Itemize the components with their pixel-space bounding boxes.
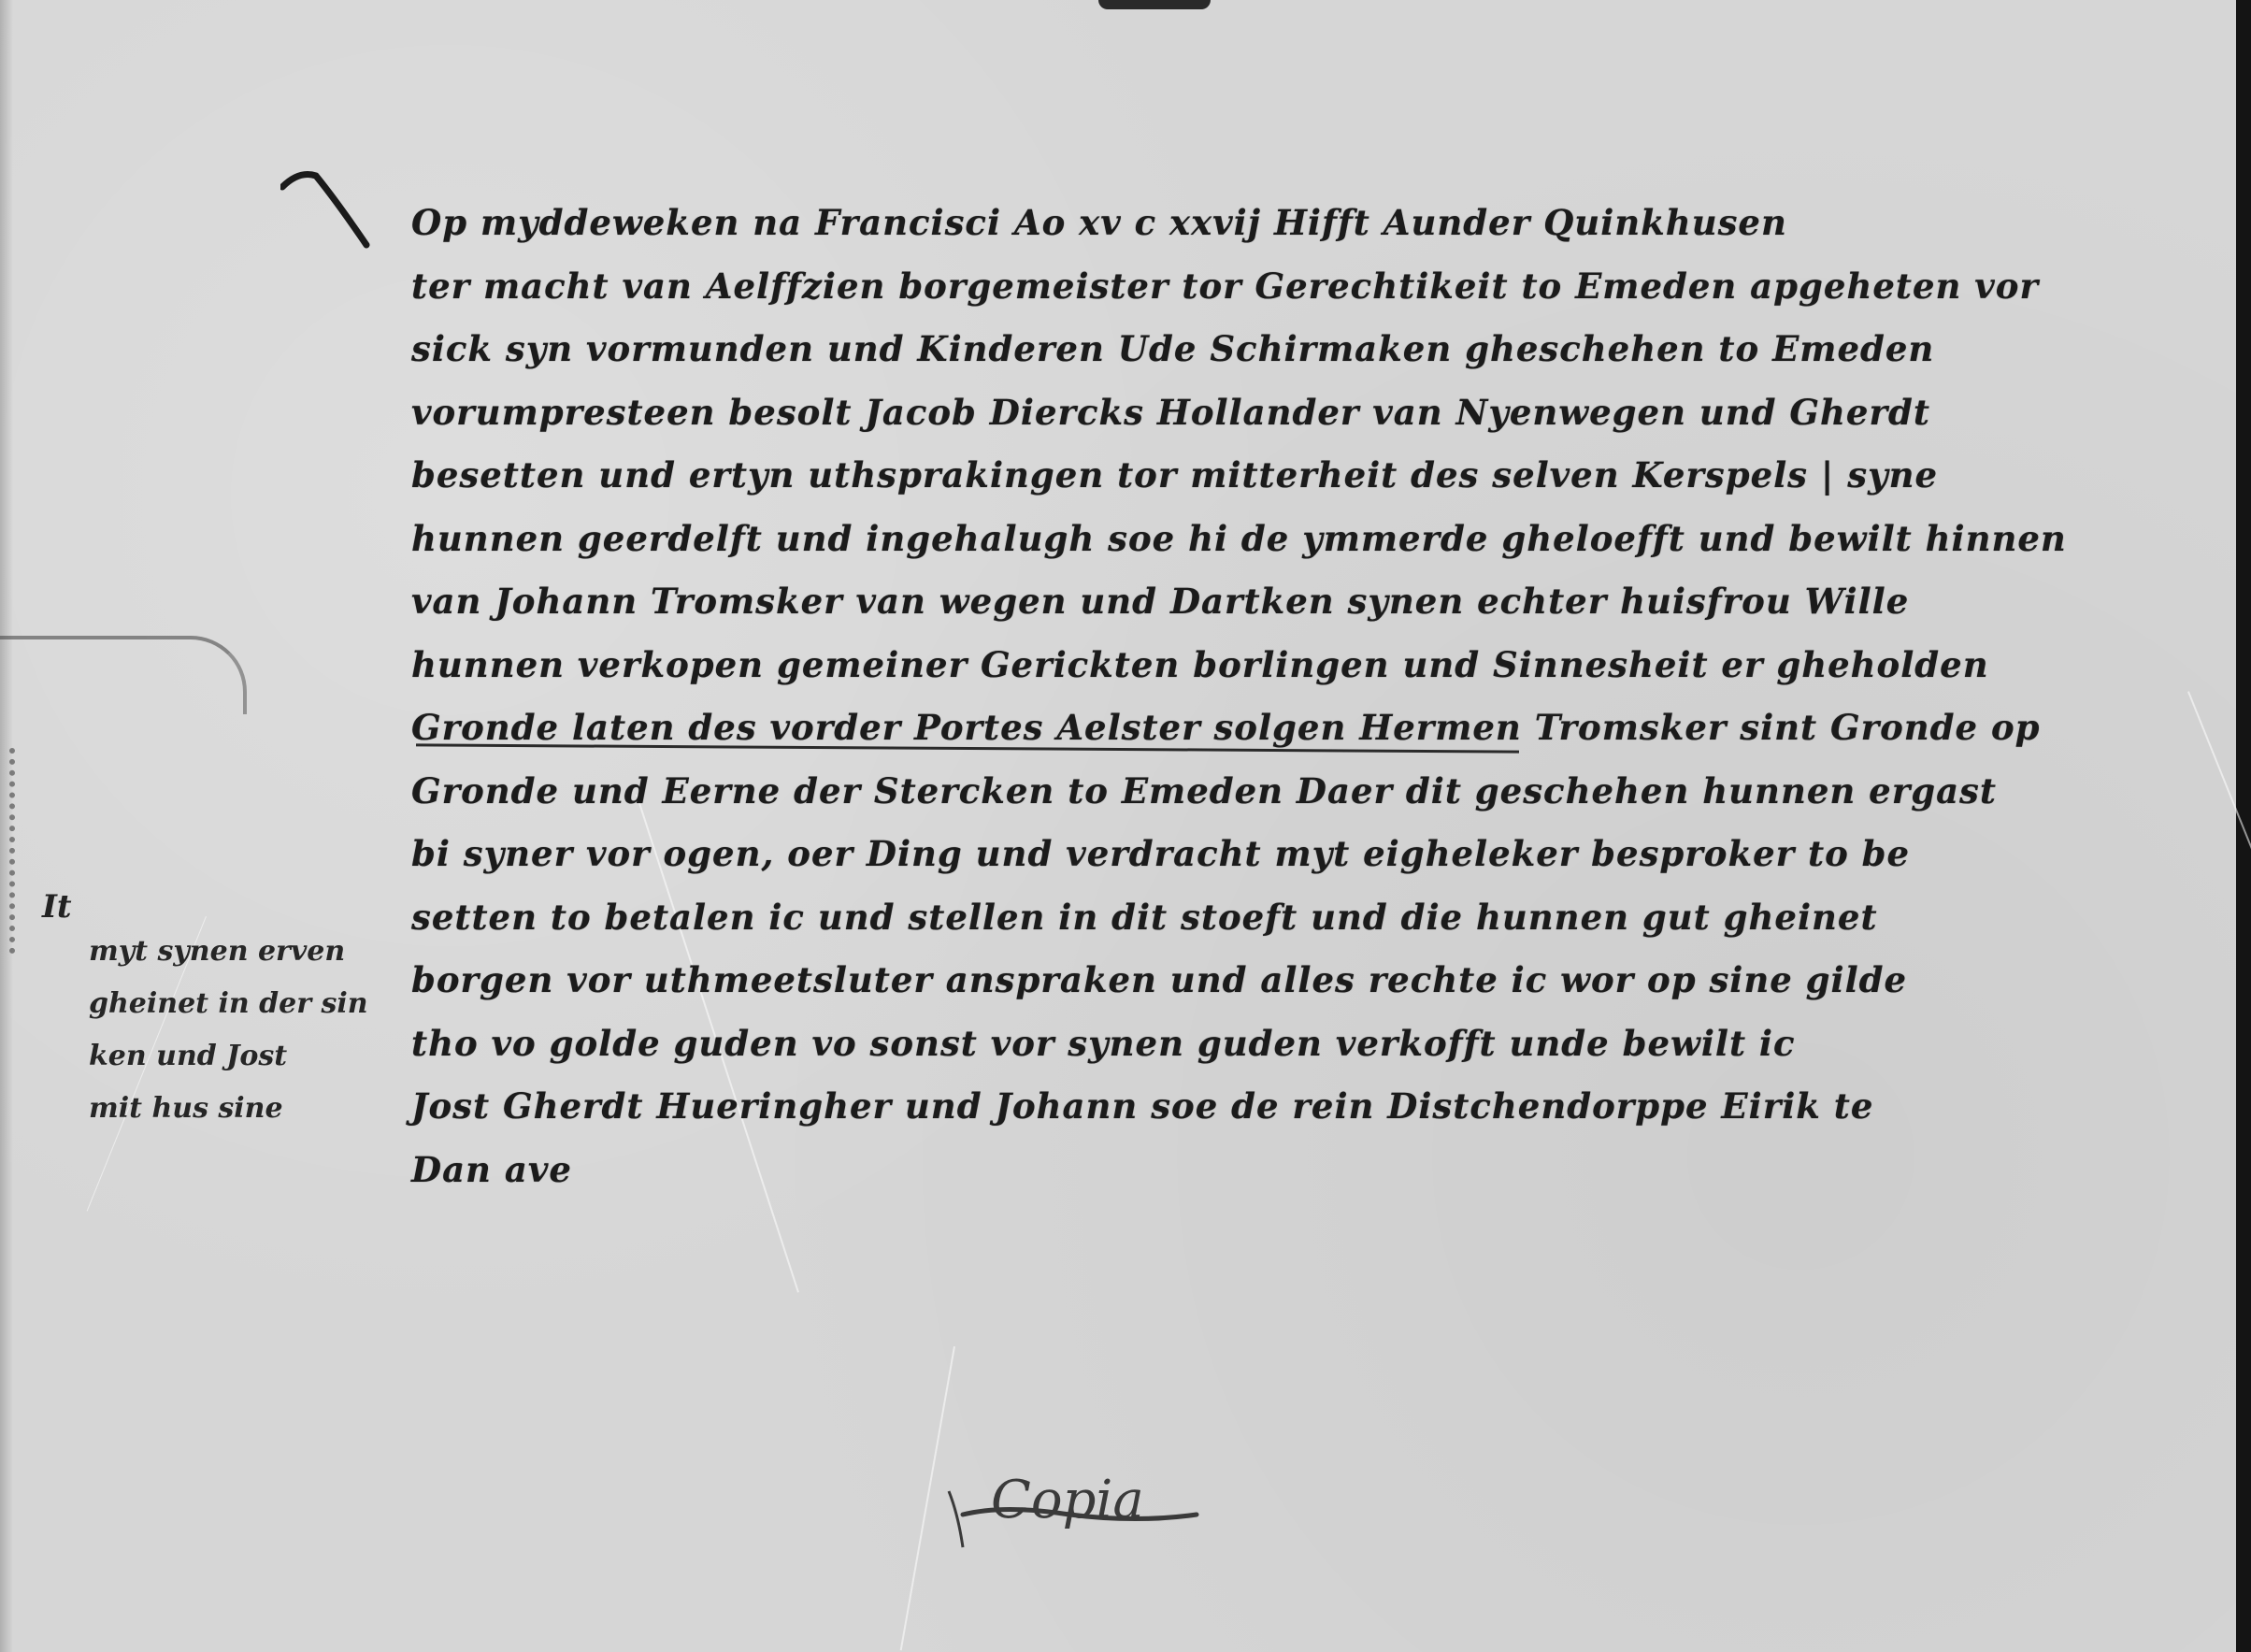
text-line: Jost Gherdt Hueringher und Johann soe de… <box>411 1075 2187 1139</box>
left-margin-flourish <box>0 636 247 714</box>
margin-line: gheinet in der sin <box>89 978 407 1030</box>
text-line: tho vo golde guden vo sonst vor synen gu… <box>411 1013 2187 1076</box>
text-line-underlined: Gronde laten des vorder Portes Aelster s… <box>411 697 2187 760</box>
text-line: van Johann Tromsker van wegen und Dartke… <box>411 570 2187 634</box>
text-line: borgen vor uthmeetsluter anspraken und a… <box>411 949 2187 1013</box>
signature-text: Copia <box>991 1470 1144 1530</box>
text-line: Op myddeweken na Francisci Ao xv c xxvij… <box>411 192 2187 255</box>
margin-line: mit hus sine <box>89 1083 407 1135</box>
text-line: besetten und ertyn uthsprakingen tor mit… <box>411 444 2187 508</box>
text-line: setten to betalen ic und stellen in dit … <box>411 886 2187 950</box>
signature-copia: Copia <box>944 1458 1225 1552</box>
main-text-block: Op myddeweken na Francisci Ao xv c xxvij… <box>411 192 2187 1201</box>
text-line: hunnen geerdelft und ingehalugh soe hi d… <box>411 508 2187 571</box>
text-line: ter macht van Aelffzien borgemeister tor… <box>411 255 2187 319</box>
margin-item-mark: It <box>42 888 407 926</box>
text-line: hunnen verkopen gemeiner Gerickten borli… <box>411 634 2187 697</box>
margin-line: ken und Jost <box>89 1030 407 1083</box>
margin-line: myt synen erven <box>89 926 407 978</box>
ink-blot-top <box>1098 0 1211 9</box>
text-line: vorumpresteen besolt Jacob Diercks Holla… <box>411 381 2187 445</box>
decorative-initial-flourish <box>280 168 393 252</box>
left-margin-marks <box>9 748 22 954</box>
text-line: bi syner vor ogen, oer Ding und verdrach… <box>411 823 2187 886</box>
text-line: Gronde und Eerne der Stercken to Emeden … <box>411 760 2187 824</box>
marginal-note: It myt synen erven gheinet in der sin ke… <box>33 888 407 1135</box>
text-line: Dan ave <box>411 1139 2187 1202</box>
text-line: sick syn vormunden und Kinderen Ude Schi… <box>411 318 2187 381</box>
manuscript-page: Op myddeweken na Francisci Ao xv c xxvij… <box>0 0 2251 1652</box>
